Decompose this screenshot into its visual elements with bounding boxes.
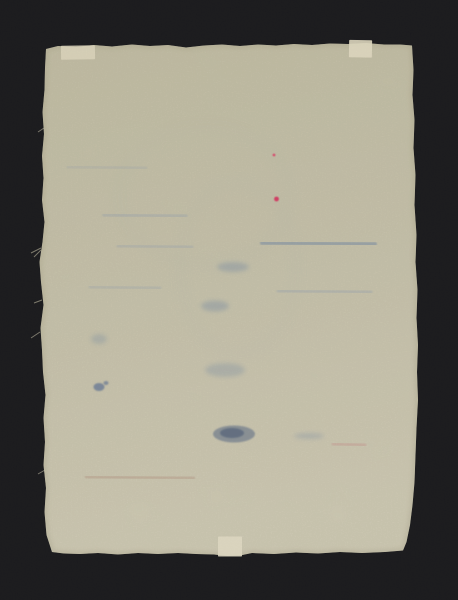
paper-photo-canvas [0, 0, 458, 600]
photograph-of-paper-verso [0, 0, 458, 600]
photo-noise-overlay [0, 0, 458, 600]
